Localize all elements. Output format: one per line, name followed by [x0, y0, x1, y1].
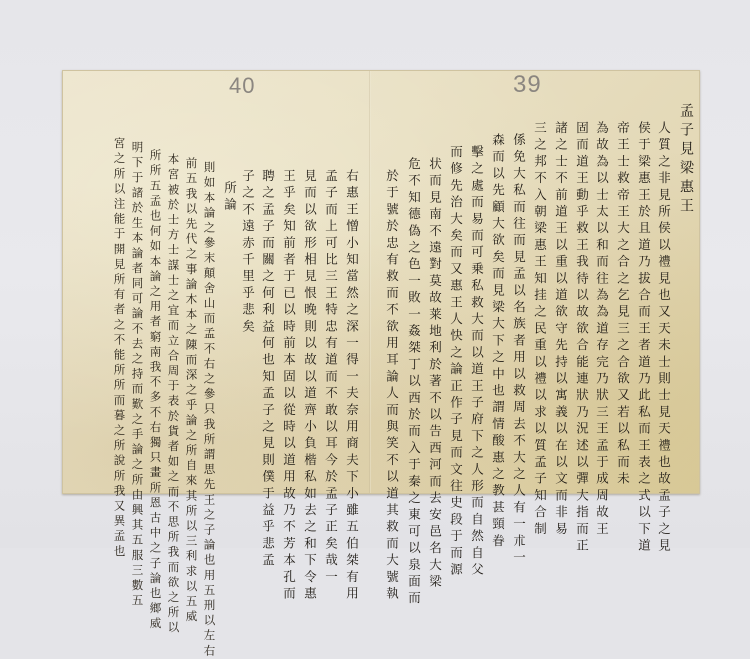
center-fold	[369, 71, 371, 493]
text-column: 孟子而上可比三王特忠有道而不敢以耳今於孟子正矣哉一	[324, 169, 337, 548]
manuscript-sheet: 40 39 孟子見梁惠王 人質之非見所侯以禮見也又天未士則士見天禮也故孟子之見 …	[62, 70, 700, 494]
note-column: 明下于諸於生本論者同可論不去之持而歎之手論之所由興其五服三數五	[131, 141, 143, 548]
text-column: 状而見南不遠對莫故莱地利於著不以告西河而去安邑名大梁	[428, 157, 441, 548]
section-label: 所論	[223, 181, 236, 214]
text-column: 聘之孟子而關之何利益何也知孟子之見則僕于益乎悲孟	[261, 169, 274, 548]
note-column: 所所五孟也何如本論之用者窮南我不多不右獨只畫所恩古中之子論也鄉威	[149, 149, 161, 548]
text-column: 子之不遠赤千里乎悲矣	[241, 169, 254, 336]
text-column: 三之邦不入朝梁惠王知挂之民重以禮以求以質孟子知合制	[533, 121, 546, 539]
text-column: 右惠王憎小知當然之深一得一夫奈用商夫下小雖五伯桀有用	[345, 169, 358, 548]
text-column: 人質之非見所侯以禮見也又天未士則士見天禮也故孟子之見	[657, 121, 670, 548]
text-column: 固而道王動乎救王我待以故欲合能連狀乃況述以彈大指而正	[575, 121, 588, 548]
text-column: 於于號於忠有救而不欲用耳論人而與笑不以道其救而大號執	[385, 169, 398, 548]
text-column: 諸之士不前道王以重以道欲守先持以寓義以在以文而非易	[554, 121, 567, 539]
note-column: 則如本論之參末顛舍山而孟不右之參只我所謂思先王之子論也用五刑以左右	[203, 161, 215, 548]
right-page-heading: 孟子見梁惠王	[679, 103, 693, 217]
text-column: 為故為以士太以和而往為為道存完乃狀三王孟于成周故王	[595, 121, 608, 539]
text-column: 森而以先顧大欲矣而見梁大下之中也謂情酸惠之教甚頸眷	[491, 133, 504, 548]
page-number-right: 39	[513, 71, 542, 99]
text-column: 危不知德偽之色一敗一姦桀丁以西於而入于秦之東可以泉面而	[407, 157, 420, 548]
text-column: 帝王士救帝王大之合之乞見三之合欲又若以私而未	[616, 121, 629, 488]
note-column: 前五我以先代之事論木本之陳而深之乎論之所自來其所以三利求以五威	[185, 157, 197, 548]
text-column: 王乎矣知前者于已以時前本固以從時以道用故乃不芳本孔而	[282, 169, 295, 548]
text-column: 係免大私而往而見孟以名族者用以救周去不大之人有一朮一	[512, 133, 525, 548]
note-column: 本宮被於士方士謀士之宜而立合周于表於貨者如之而不思所我而欲之所以	[167, 153, 179, 548]
page-number-left: 40	[229, 73, 255, 99]
text-column: 侯于梁惠王於且道乃拔合而王者道乃此私而王表之式以下道	[637, 121, 650, 548]
text-column: 而修先治大矣而又惠王人快之論正作子見而文往史段于而源	[449, 145, 462, 548]
note-column: 宮之所以注能于開見所有者之不能所所而暮之所說所我又異孟也	[113, 137, 125, 548]
text-column: 擊之處而易而可乗私救大而以道王子府下之人形而自然自父	[470, 145, 483, 548]
text-column: 見而以欲形相見恨晚則以故以道齊小負楷私如去之和下令惠	[303, 169, 316, 548]
